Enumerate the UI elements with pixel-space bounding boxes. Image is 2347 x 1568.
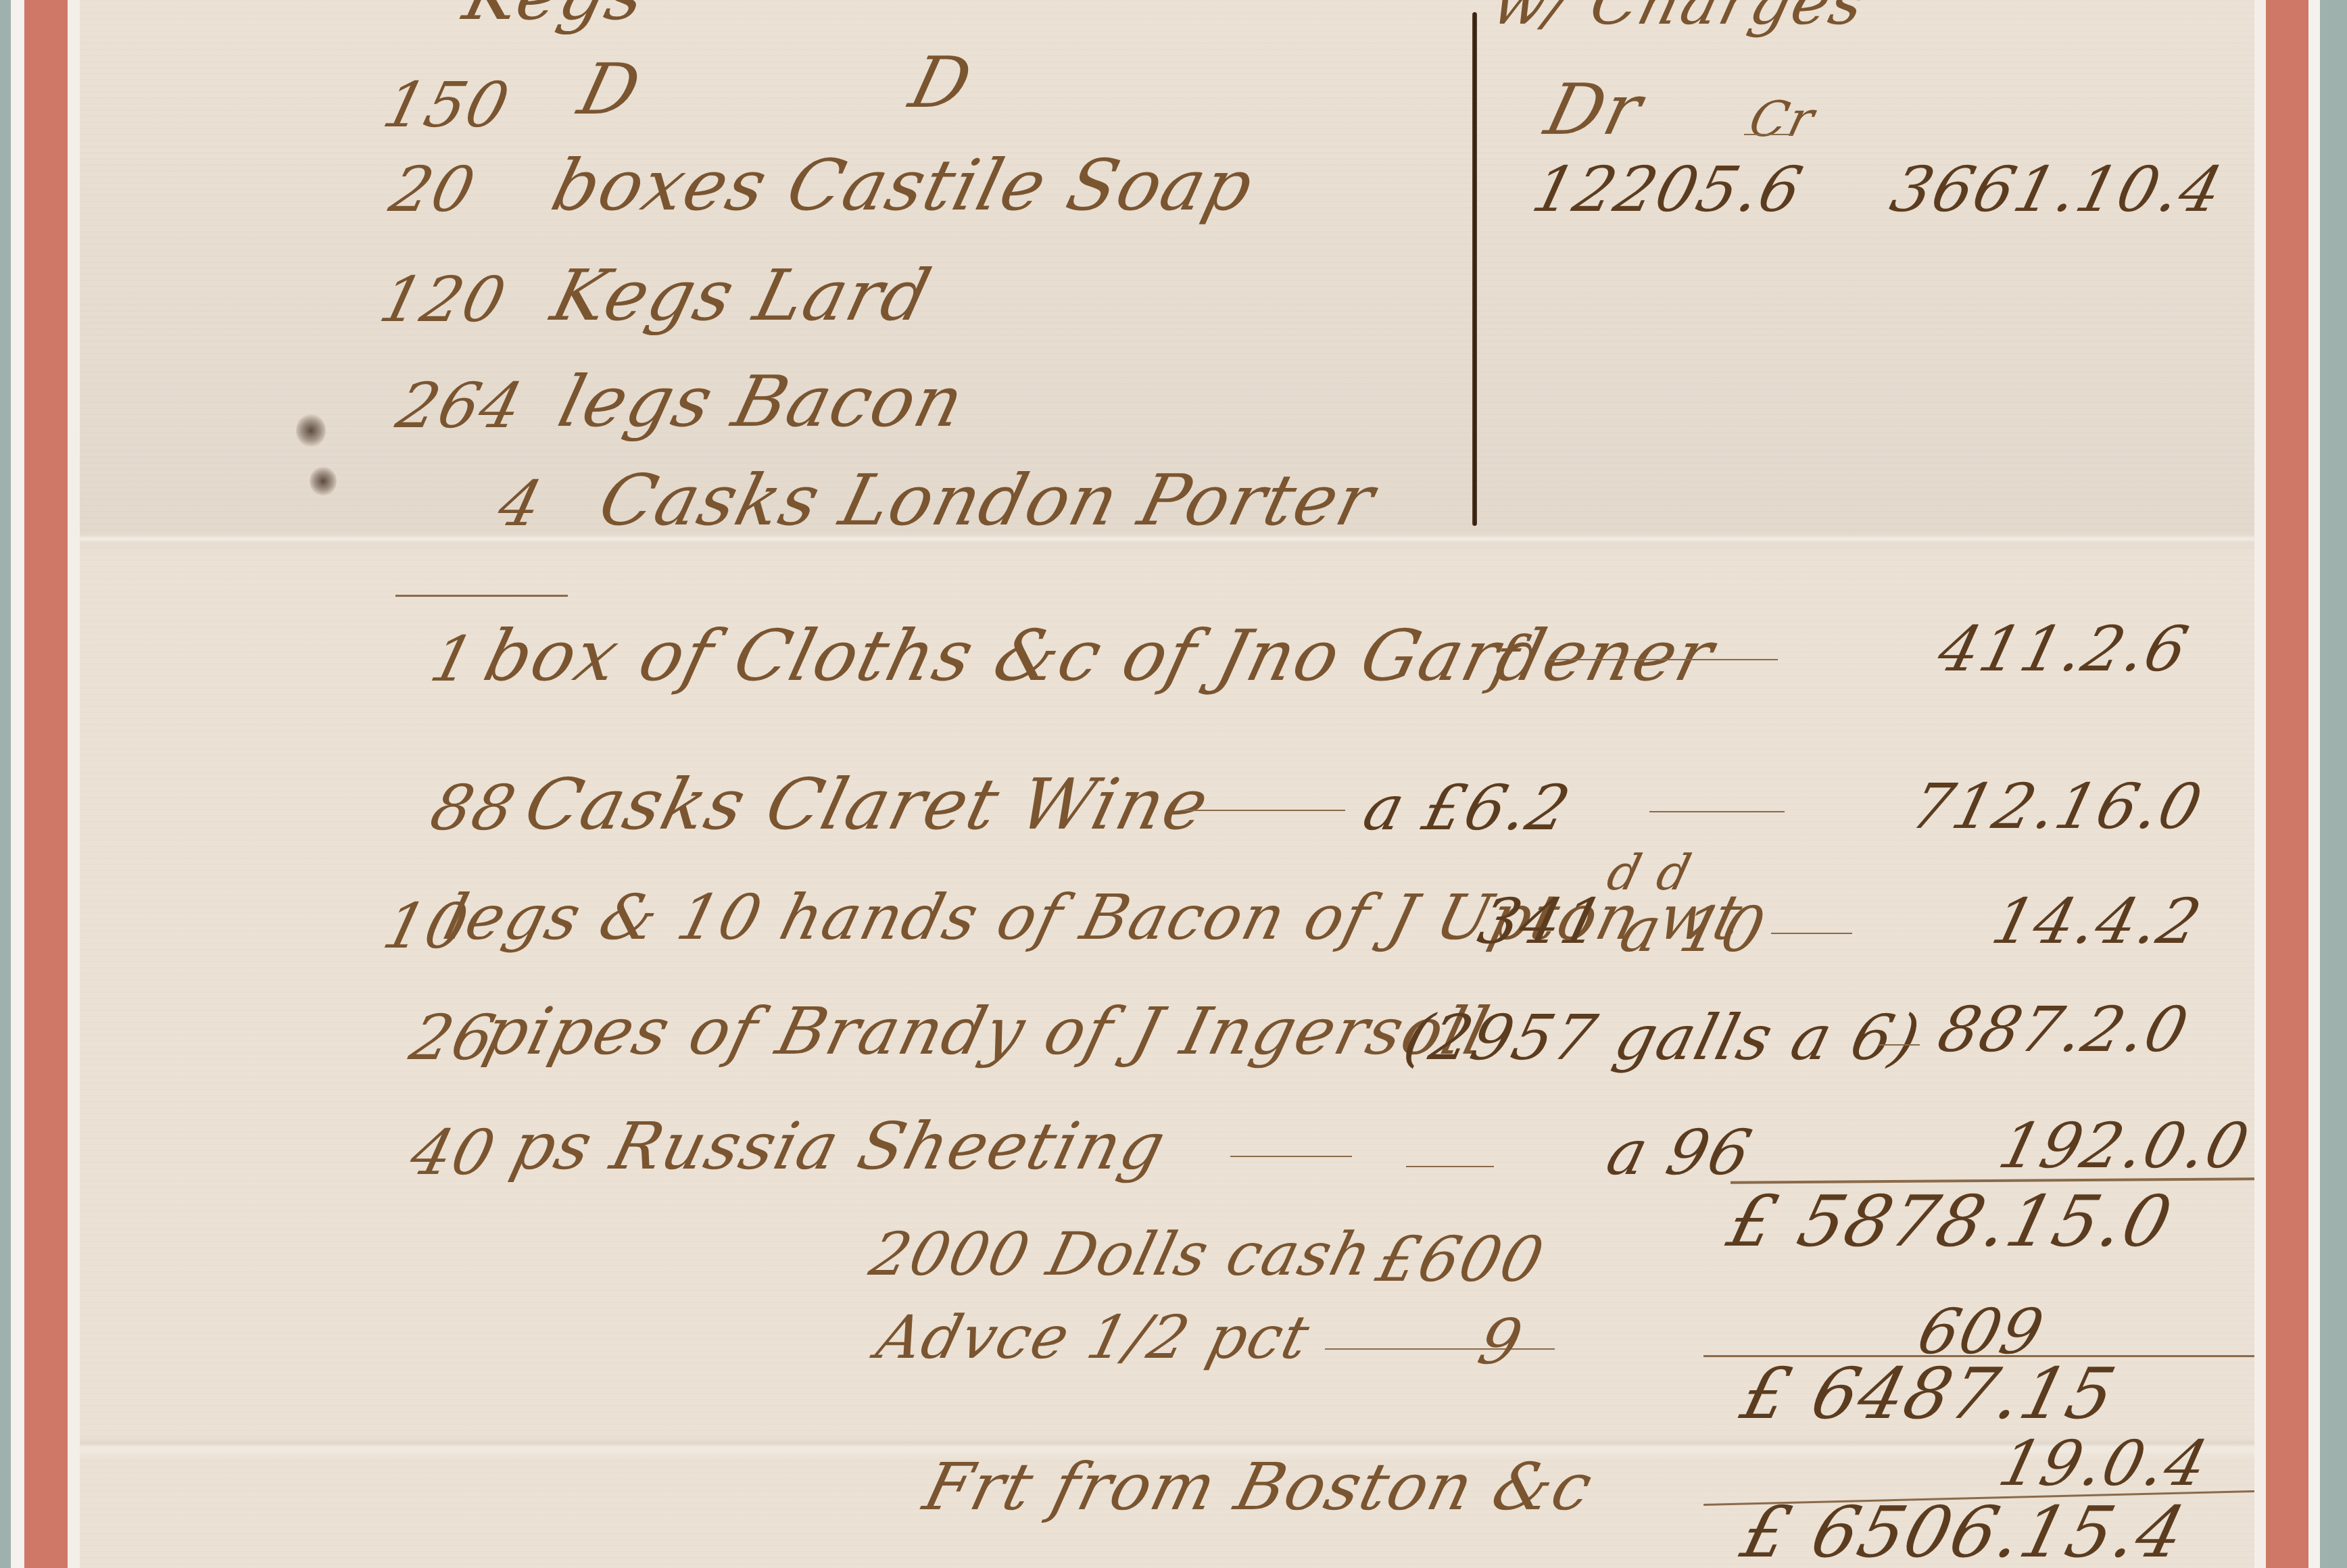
dash-leader xyxy=(1649,811,1785,812)
line-desc: ps Russia Sheeting xyxy=(506,1114,1172,1179)
item-qty: 264 xyxy=(391,375,530,437)
line-rate: a 96 xyxy=(1601,1122,1758,1184)
item-desc: Kegs Lard xyxy=(546,260,938,330)
item-qty: 120 xyxy=(374,269,513,331)
freight-line-label: Frt from Boston &c xyxy=(918,1454,1599,1519)
line-amount: 14.4.2 xyxy=(1987,891,2208,953)
ink-stain xyxy=(296,414,326,447)
line-weight: 341 xyxy=(1473,891,1612,953)
line-qty: 88 xyxy=(425,777,523,839)
frame-outer-right xyxy=(2320,0,2347,1568)
sterling-total: £ 5878.15.0 xyxy=(1722,1186,2179,1256)
dash-leader xyxy=(1325,1348,1555,1350)
cr-underline xyxy=(1744,134,1791,135)
dash-leader xyxy=(1406,1166,1494,1167)
charges-label: w/ Charges xyxy=(1486,0,1872,34)
cr-amount: 3661.10.4 xyxy=(1885,159,2229,221)
frame-fillet-right-inner xyxy=(2254,0,2266,1568)
item-qty: 20 xyxy=(385,159,482,221)
advance-line-label: Advce 1/2 pct xyxy=(871,1308,1315,1367)
dr-amount: 12205.6 xyxy=(1527,159,1809,221)
dr-label: Dr xyxy=(1539,74,1649,145)
line-desc: pipes of Brandy of J Ingersoll xyxy=(479,999,1496,1064)
total-after-cash: £ 6487.15 xyxy=(1735,1358,2123,1429)
frame-fillet-left-outer xyxy=(11,0,24,1568)
dash-leader xyxy=(1230,1156,1352,1157)
item-desc: legs Bacon xyxy=(552,366,971,437)
frame-outer-left xyxy=(0,0,11,1568)
line-amount: 712.16.0 xyxy=(1906,776,2209,838)
item-qty: 150 xyxy=(378,74,516,137)
freight-line-amount: 19.0.4 xyxy=(1993,1433,2215,1495)
column-divider-rule xyxy=(1472,12,1477,526)
dash-leader xyxy=(1771,933,1852,934)
item-desc: Casks London Porter xyxy=(593,465,1382,535)
dash-leader xyxy=(1879,1044,1920,1046)
frame-mat-left xyxy=(24,0,68,1568)
ink-stain xyxy=(310,466,337,496)
line-amount: 192.0.0 xyxy=(1993,1115,2256,1177)
frame-fillet-left-inner xyxy=(68,0,80,1568)
line-desc: box of Cloths &c of Jno Gardener xyxy=(478,620,1721,691)
frame-fillet-right-outer xyxy=(2308,0,2320,1568)
line-qty: 40 xyxy=(405,1122,502,1184)
line-rate: a 10 xyxy=(1615,899,1772,961)
line-rate: a £6.2 xyxy=(1358,777,1577,839)
line-amount: 887.2.0 xyxy=(1933,999,2195,1061)
cut-off-top-row: Kegs xyxy=(458,0,654,30)
frame-mat-right xyxy=(2266,0,2308,1568)
cr-label: Cr xyxy=(1745,95,1820,143)
grand-total: £ 6506.15.4 xyxy=(1735,1497,2192,1567)
line-detail: (2957 galls a 6) xyxy=(1399,1007,1927,1069)
section-separator xyxy=(395,595,568,597)
dash-leader xyxy=(1548,659,1778,660)
cash-line-label: 2000 Dolls cash xyxy=(865,1225,1378,1284)
item-desc: boxes Castile Soap xyxy=(546,150,1261,220)
line-amount: 411.2.6 xyxy=(1933,618,2195,681)
cash-line-amount: £600 xyxy=(1372,1229,1551,1291)
line-desc: Casks Claret Wine xyxy=(518,769,1216,839)
dash-leader xyxy=(1183,810,1345,811)
